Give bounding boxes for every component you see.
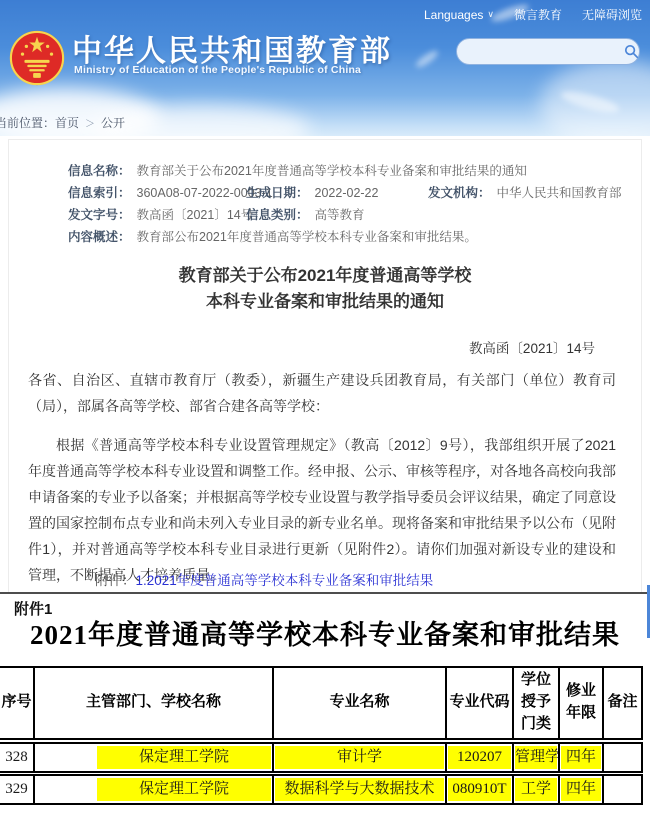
meta-category-value: 高等教育 [315, 208, 365, 222]
salutation-paragraph: 各省、自治区、直辖市教育厅（教委），新疆生产建设兵团教育局，有关部门（单位）教育… [28, 367, 616, 419]
meta-agency-label: 发文机构： [428, 186, 491, 200]
attachment-link[interactable]: 2021年度普通高等学校本科专业备案和审批结果 [147, 573, 434, 588]
national-emblem-logo [8, 29, 66, 87]
chevron-down-icon: ∨ [487, 9, 494, 20]
cell-degree: 工学 [513, 774, 559, 805]
meta-docno-value: 教高函〔2021〕14号 [137, 208, 254, 222]
meta-date: 生成日期：2022-02-22 [246, 183, 378, 201]
document-number: 教高函〔2021〕14号 [469, 337, 595, 357]
highlighted-code: 120207 [448, 746, 511, 769]
page: Languages ∨ 微言教育 无障碍浏览 中华人民共和国教育部 Minis [0, 0, 650, 813]
document-card: 信息名称：教育部关于公布2021年度普通高等学校本科专业备案和审批结果的通知 信… [8, 139, 642, 592]
highlighted-years: 四年 [561, 746, 601, 769]
table-row: 329 保定理工学院 数据科学与大数据技术 080910T 工学 四年 [0, 774, 642, 805]
approval-results-table: 序号 主管部门、学校名称 专业名称 专业代码 学位授予门类 修业年限 备注 32… [0, 666, 643, 805]
breadcrumb: 当前位置：首页＞公开 [0, 114, 125, 131]
attachment-number: 1. [136, 573, 147, 588]
cell-note [603, 774, 642, 805]
meta-name-value: 教育部关于公布2021年度普通高等学校本科专业备案和审批结果的通知 [137, 164, 527, 178]
notice-title-line2: 本科专业备案和审批结果的通知 [9, 289, 641, 315]
meta-row-name: 信息名称：教育部关于公布2021年度普通高等学校本科专业备案和审批结果的通知 [68, 161, 633, 179]
site-subtitle-english: Ministry of Education of the People's Re… [74, 64, 361, 76]
meta-summary-value: 教育部公布2021年度普通高等学校本科专业备案和审批结果。 [137, 230, 477, 244]
notice-body: 各省、自治区、直辖市教育厅（教委），新疆生产建设兵团教育局，有关部门（单位）教育… [28, 367, 616, 588]
col-header-school: 主管部门、学校名称 [34, 667, 273, 741]
languages-label: Languages [424, 8, 483, 22]
cell-years: 四年 [559, 741, 603, 774]
table-header-row: 序号 主管部门、学校名称 专业名称 专业代码 学位授予门类 修业年限 备注 [0, 667, 642, 741]
search-box [456, 38, 640, 65]
meta-docno-label: 发文字号： [68, 208, 131, 222]
meta-row-index: 信息索引：360A08-07-2022-0003-1 生成日期：2022-02-… [68, 183, 633, 201]
highlighted-degree: 工学 [515, 778, 557, 801]
site-banner: Languages ∨ 微言教育 无障碍浏览 中华人民共和国教育部 Minis [0, 0, 650, 136]
meta-name-label: 信息名称： [68, 164, 131, 178]
cell-code: 080910T [446, 774, 513, 805]
search-input[interactable] [469, 45, 624, 59]
body-paragraph: 根据《普通高等学校本科专业设置管理规定》（教高〔2012〕9号），我部组织开展了… [28, 432, 616, 588]
cell-school: 保定理工学院 [34, 741, 273, 774]
col-header-no: 序号 [0, 667, 34, 741]
col-header-code: 专业代码 [446, 667, 513, 741]
breadcrumb-home-link[interactable]: 首页 [55, 116, 79, 130]
weiyan-label: 微言教育 [514, 6, 562, 23]
cell-years: 四年 [559, 774, 603, 805]
cell-note [603, 741, 642, 774]
meta-summary-label: 内容概述： [68, 230, 131, 244]
section-divider [0, 592, 650, 594]
highlighted-degree: 管理学 [515, 746, 557, 769]
highlighted-major: 审计学 [275, 746, 444, 769]
search-icon[interactable] [624, 44, 639, 59]
meta-category-label: 信息类别： [246, 208, 309, 222]
attachment-label: 附件： [95, 573, 136, 588]
col-header-major: 专业名称 [273, 667, 446, 741]
breadcrumb-section-link[interactable]: 公开 [101, 116, 125, 130]
accessibility-link[interactable]: 无障碍浏览 [582, 6, 642, 23]
weiyan-education-link[interactable]: 微言教育 [514, 6, 562, 23]
meta-date-label: 生成日期： [246, 186, 309, 200]
highlighted-school: 保定理工学院 [97, 746, 271, 769]
cell-major: 审计学 [273, 741, 446, 774]
breadcrumb-label: 当前位置： [0, 116, 55, 130]
meta-agency: 发文机构：中华人民共和国教育部 [428, 183, 622, 201]
col-header-note: 备注 [603, 667, 642, 741]
meta-row-summary: 内容概述：教育部公布2021年度普通高等学校本科专业备案和审批结果。 [68, 227, 633, 245]
attachment-table-title: 2021年度普通高等学校本科专业备案和审批结果 [0, 613, 650, 652]
highlighted-major: 数据科学与大数据技术 [275, 778, 444, 801]
meta-date-value: 2022-02-22 [315, 186, 379, 200]
cell-no: 329 [0, 774, 34, 805]
accessibility-label: 无障碍浏览 [582, 6, 642, 23]
cell-no: 328 [0, 741, 34, 774]
meta-category: 信息类别：高等教育 [246, 205, 365, 223]
cell-major: 数据科学与大数据技术 [273, 774, 446, 805]
notice-title-line1: 教育部关于公布2021年度普通高等学校 [9, 263, 641, 289]
cell-degree: 管理学 [513, 741, 559, 774]
top-nav: Languages ∨ 微言教育 无障碍浏览 [424, 6, 642, 23]
languages-menu[interactable]: Languages ∨ [424, 8, 494, 22]
attachment-line: 附件：1.2021年度普通高等学校本科专业备案和审批结果 [95, 569, 433, 589]
meta-index-label: 信息索引： [68, 186, 131, 200]
notice-title: 教育部关于公布2021年度普通高等学校 本科专业备案和审批结果的通知 [9, 263, 641, 315]
breadcrumb-separator: ＞ [85, 119, 95, 130]
highlighted-school: 保定理工学院 [97, 778, 271, 801]
col-header-years: 修业年限 [559, 667, 603, 741]
meta-row-docno: 发文字号：教高函〔2021〕14号 信息类别：高等教育 [68, 205, 633, 223]
meta-agency-value: 中华人民共和国教育部 [497, 186, 622, 200]
col-header-degree: 学位授予门类 [513, 667, 559, 741]
cell-school: 保定理工学院 [34, 774, 273, 805]
cell-code: 120207 [446, 741, 513, 774]
cloud-wisp [414, 48, 440, 69]
highlighted-years: 四年 [561, 778, 601, 801]
highlighted-code: 080910T [448, 778, 511, 801]
table-row: 328 保定理工学院 审计学 120207 管理学 四年 [0, 741, 642, 774]
